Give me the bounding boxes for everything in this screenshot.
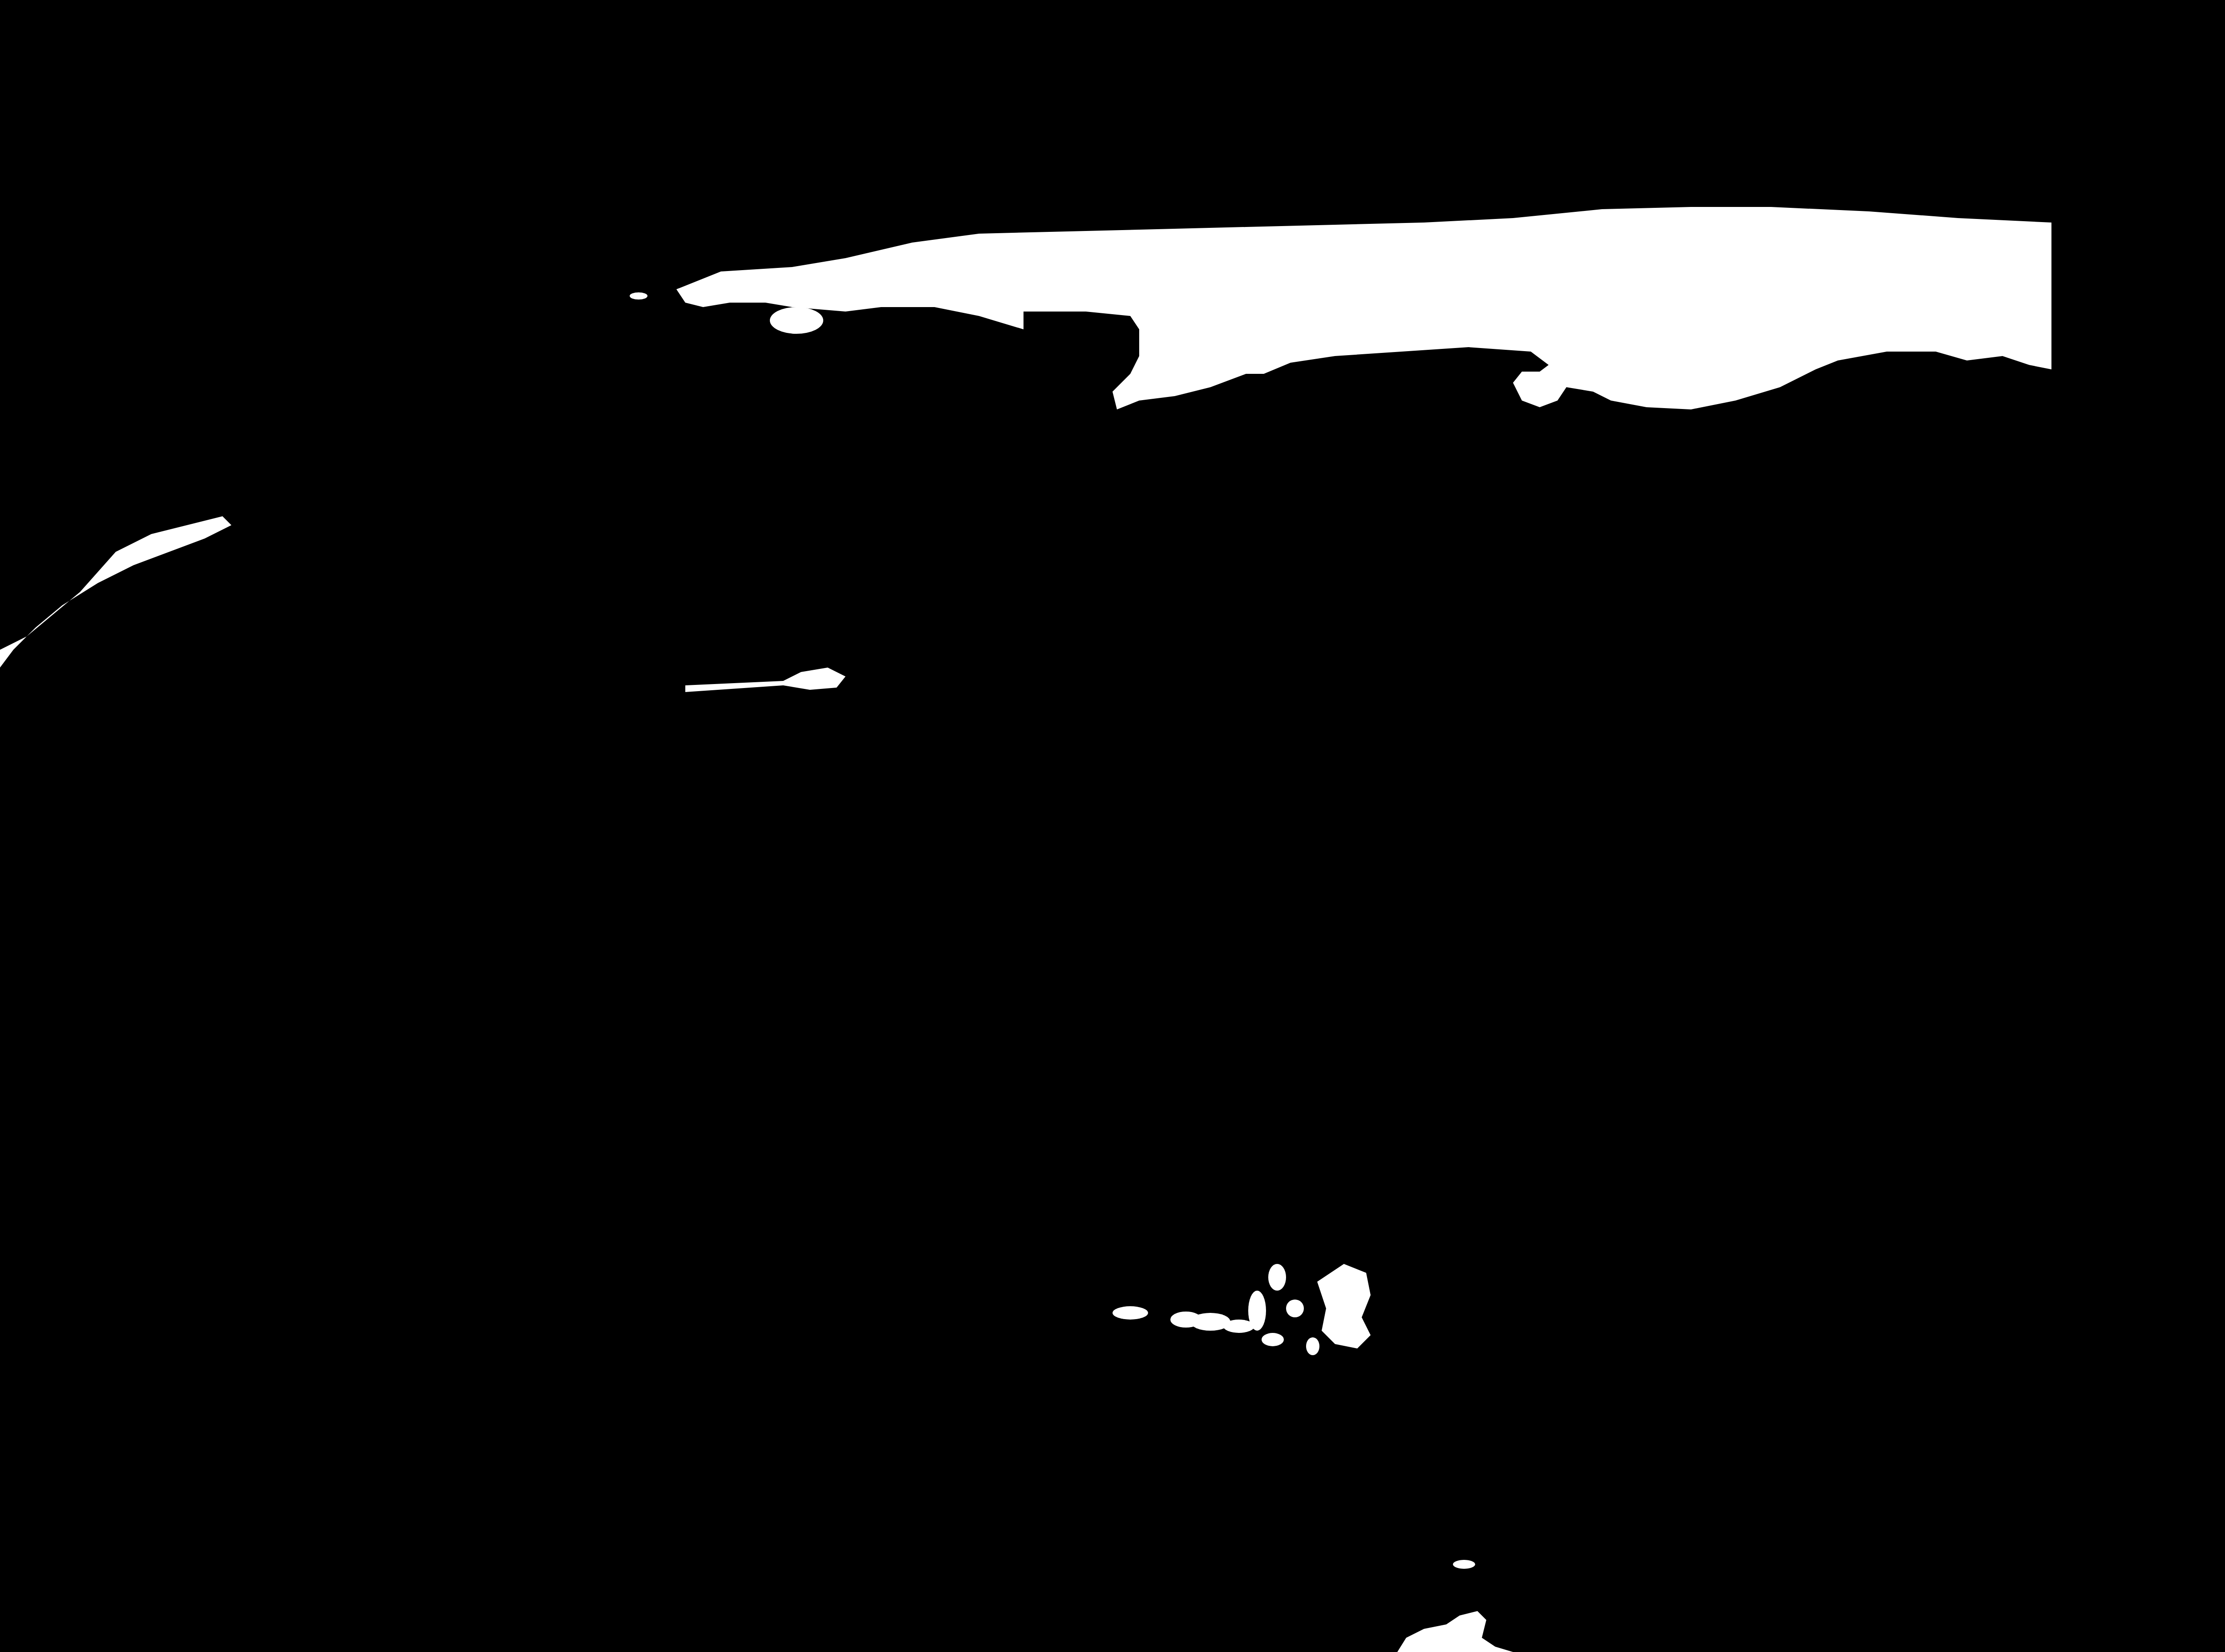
bottom-blob-dot xyxy=(1453,1560,1475,1569)
tiny-dot xyxy=(630,292,647,300)
mask-canvas xyxy=(0,0,2225,1652)
small-oval-blob xyxy=(770,307,823,334)
